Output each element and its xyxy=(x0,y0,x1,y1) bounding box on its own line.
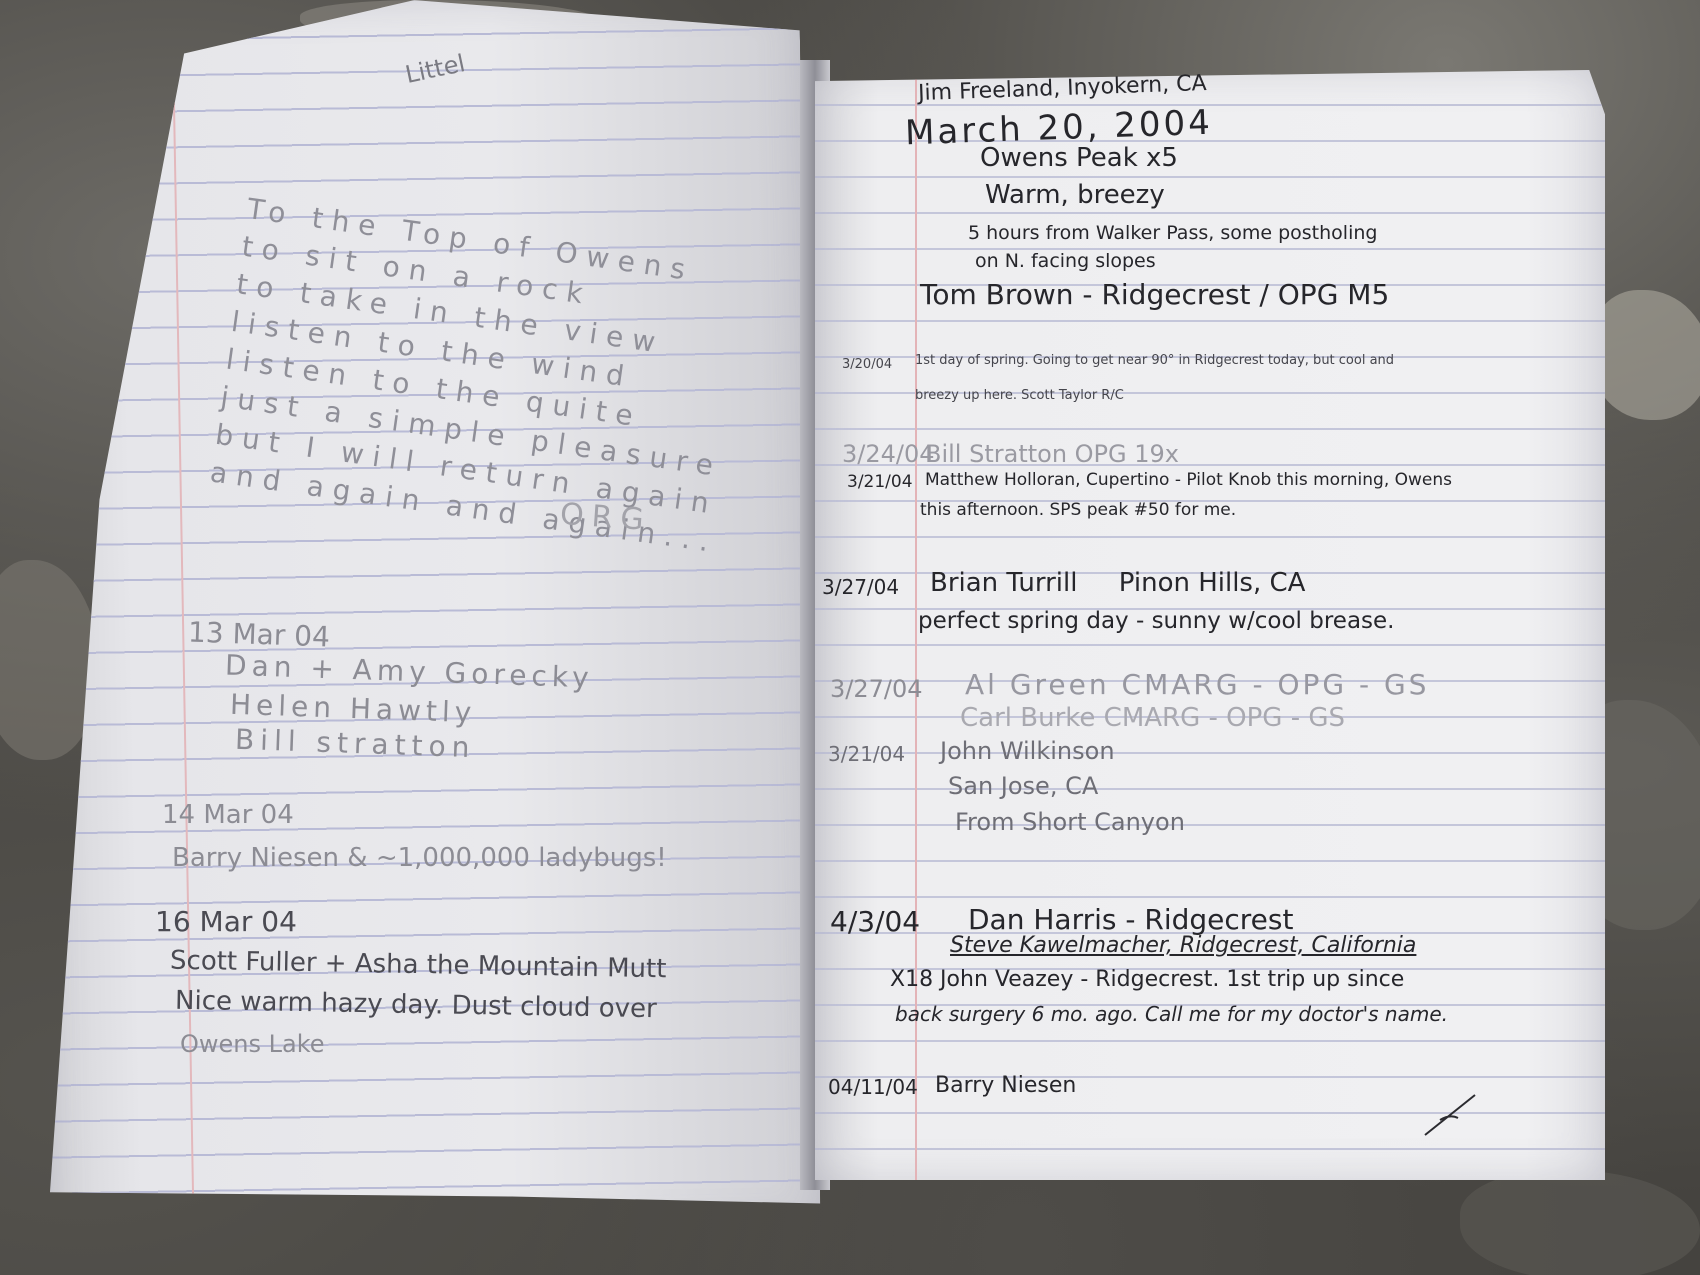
poem-signature: ORG xyxy=(559,497,653,538)
entry-line: back surgery 6 mo. ago. Call me for my d… xyxy=(895,1002,1448,1026)
entry-line: this afternoon. SPS peak #50 for me. xyxy=(920,500,1236,520)
entry-line: Dan Harris - Ridgecrest xyxy=(968,903,1293,936)
entry-line: Owens Lake xyxy=(180,1030,325,1058)
entry-date: 3/27/04 xyxy=(822,575,899,599)
entry-line: John Wilkinson xyxy=(940,737,1115,765)
entry-date: 3/21/04 xyxy=(828,742,905,766)
entry-date: 3/24/04 xyxy=(842,440,935,468)
pen-mark-icon xyxy=(1420,1090,1480,1140)
entry-line: Brian Turrill Pinon Hills, CA xyxy=(930,568,1305,598)
entry-date: 3/21/04 xyxy=(847,472,913,492)
entry-line: Warm, breezy xyxy=(985,180,1165,210)
entry-line: on N. facing slopes xyxy=(975,250,1156,272)
entry-date: 14 Mar 04 xyxy=(162,800,294,830)
summit-register-notebook: Littel To the Top of Owens to sit on a r… xyxy=(0,0,1700,1275)
entry-line: 1st day of spring. Going to get near 90°… xyxy=(915,353,1394,368)
entry-line: San Jose, CA xyxy=(948,772,1098,800)
entry-line: Steve Kawelmacher, Ridgecrest, Californi… xyxy=(950,933,1416,958)
entry-date: 3/27/04 xyxy=(830,675,923,703)
entry-date: 16 Mar 04 xyxy=(155,905,297,938)
entry-date: 3/20/04 xyxy=(842,357,892,372)
entry-line: From Short Canyon xyxy=(955,808,1185,836)
entry-line: Tom Brown - Ridgecrest / OPG M5 xyxy=(920,278,1389,311)
entry-line: Matthew Holloran, Cupertino - Pilot Knob… xyxy=(925,470,1452,490)
entry-line: Barry Niesen & ~1,000,000 ladybugs! xyxy=(172,843,667,873)
entry-line: 5 hours from Walker Pass, some postholin… xyxy=(968,222,1377,244)
entry-line: X18 John Veazey - Ridgecrest. 1st trip u… xyxy=(890,967,1404,992)
entry-line: Bill Stratton OPG 19x xyxy=(925,440,1179,468)
entry-line: Carl Burke CMARG - OPG - GS xyxy=(960,703,1345,733)
left-page xyxy=(29,0,820,1242)
entry-date: 13 Mar 04 xyxy=(187,616,330,654)
entry-line: breezy up here. Scott Taylor R/C xyxy=(915,388,1124,403)
entry-line: perfect spring day - sunny w/cool brease… xyxy=(918,608,1395,634)
entry-line: Owens Peak x5 xyxy=(980,143,1178,173)
entry-date: 04/11/04 xyxy=(828,1075,918,1099)
entry-line: Al Green CMARG - OPG - GS xyxy=(965,668,1429,701)
entry-date: 4/3/04 xyxy=(830,905,920,938)
entry-line: Barry Niesen xyxy=(935,1073,1076,1098)
